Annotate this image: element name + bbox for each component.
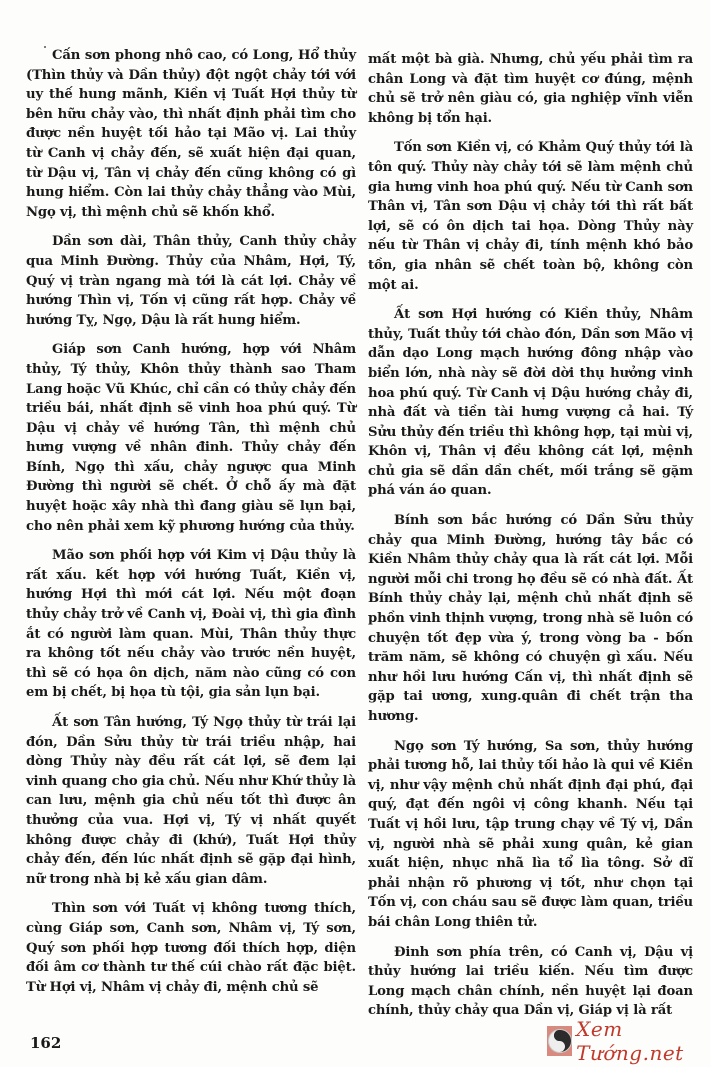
watermark-text: Xem Tướng.net xyxy=(576,1017,711,1065)
paragraph: Ngọ sơn Tý hướng, Sa sơn, thủy hướng phả… xyxy=(368,737,693,933)
paragraph: Tốn sơn Kiền vị, có Khảm Quý thủy tới là… xyxy=(368,138,693,295)
paragraph: Giáp sơn Canh hướng, hợp với Nhâm thủy, … xyxy=(26,340,356,536)
paragraph-continuation: mất một bà già. Nhưng, chủ yếu phải tìm … xyxy=(368,50,693,128)
left-column: Cấn sơn phong nhô cao, có Long, Hổ thủy … xyxy=(26,46,356,1007)
paragraph: Dần sơn dài, Thân thủy, Canh thủy chảy q… xyxy=(26,232,356,330)
paragraph: Thìn sơn với Tuất vị không tương thích, … xyxy=(26,899,356,997)
paragraph: Ất sơn Tân hướng, Tý Ngọ thủy từ trái lạ… xyxy=(26,713,356,889)
paragraph: Ất sơn Hợi hướng có Kiền thủy, Nhâm thủy… xyxy=(368,305,693,501)
paragraph: Mão sơn phối hợp với Kim vị Dậu thủy là … xyxy=(26,546,356,703)
yin-yang-icon xyxy=(548,1029,572,1053)
watermark-logo xyxy=(547,1026,572,1056)
book-page: Cấn sơn phong nhô cao, có Long, Hổ thủy … xyxy=(0,0,711,1067)
right-column: mất một bà già. Nhưng, chủ yếu phải tìm … xyxy=(368,50,693,1031)
paragraph: Đinh sơn phía trên, có Canh vị, Dậu vị t… xyxy=(368,943,693,1021)
paragraph: Bính sơn bắc hướng có Dần Sửu thủy chảy … xyxy=(368,511,693,727)
watermark: Xem Tướng.net xyxy=(547,1017,711,1065)
paragraph: Cấn sơn phong nhô cao, có Long, Hổ thủy … xyxy=(26,46,356,222)
page-number: 162 xyxy=(30,1034,61,1052)
